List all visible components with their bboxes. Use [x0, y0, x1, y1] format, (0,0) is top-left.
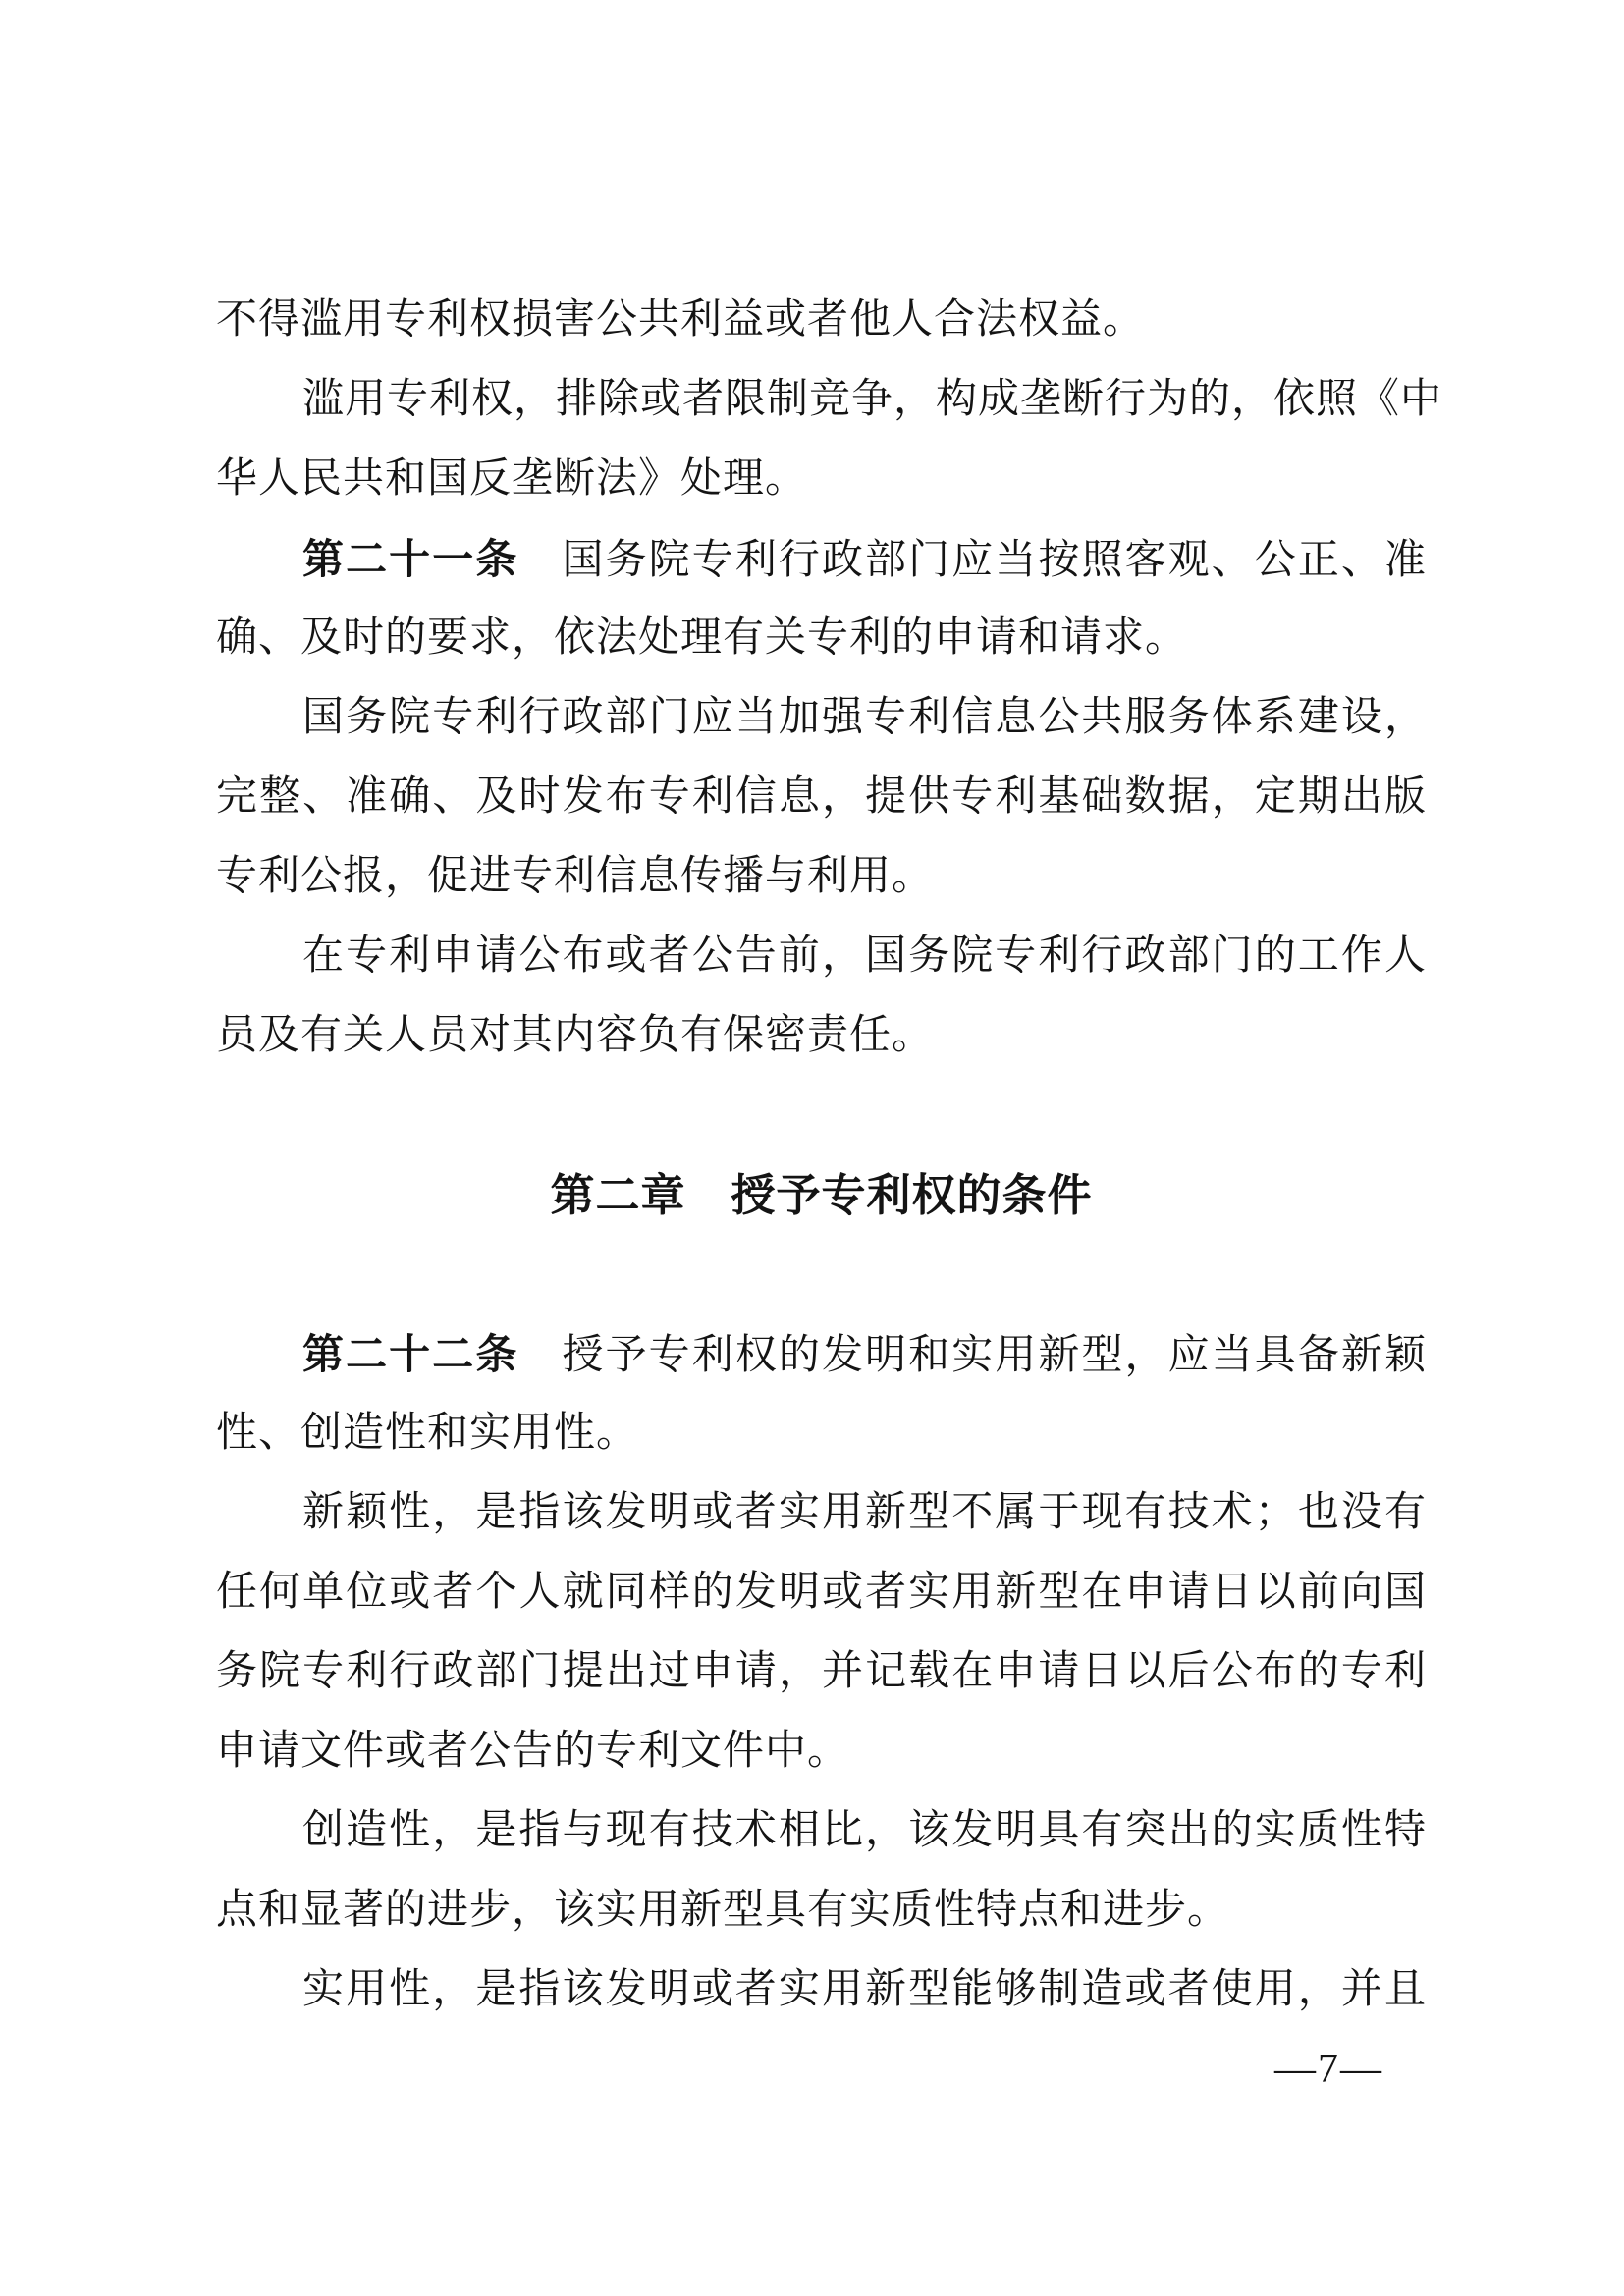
article-number: 第二十一条 [302, 536, 518, 582]
page-number: —7— [216, 2030, 1427, 2109]
text-line: 专利公报，促进专利信息传播与利用。 [216, 837, 1427, 917]
document-page: 不得滥用专利权损害公共利益或者他人合法权益。滥用专利权，排除或者限制竞争，构成垄… [0, 0, 1624, 2296]
text-line: 确、及时的要求，依法处理有关专利的申请和请求。 [216, 599, 1427, 678]
text-line: 在专利申请公布或者公告前，国务院专利行政部门的工作人 [216, 917, 1427, 996]
text-line: 第二十二条 授予专利权的发明和实用新型，应当具备新颖 [216, 1314, 1427, 1394]
text-line: 完整、准确、及时发布专利信息，提供专利基础数据，定期出版 [216, 758, 1427, 837]
article-number: 第二十二条 [302, 1331, 518, 1377]
text-line: 不得滥用专利权损害公共利益或者他人合法权益。 [216, 281, 1427, 360]
text-line: 创造性，是指与现有技术相比，该发明具有突出的实质性特 [216, 1791, 1427, 1871]
text-line: 华人民共和国反垄断法》处理。 [216, 440, 1427, 519]
text-line: 点和显著的进步，该实用新型具有实质性特点和进步。 [216, 1871, 1427, 1950]
text-line: 申请文件或者公告的专利文件中。 [216, 1712, 1427, 1791]
text-line: 性、创造性和实用性。 [216, 1394, 1427, 1473]
line-spacer [216, 1076, 1427, 1155]
text-line: 员及有关人员对其内容负有保密责任。 [216, 996, 1427, 1076]
line-spacer [216, 1235, 1427, 1314]
text-line: 滥用专利权，排除或者限制竞争，构成垄断行为的，依照《中 [216, 360, 1427, 440]
text-line: 务院专利行政部门提出过申请，并记载在申请日以后公布的专利 [216, 1632, 1427, 1712]
document-body: 不得滥用专利权损害公共利益或者他人合法权益。滥用专利权，排除或者限制竞争，构成垄… [216, 281, 1427, 2030]
text-line: 第二十一条 国务院专利行政部门应当按照客观、公正、准 [216, 519, 1427, 599]
text-line: 新颖性，是指该发明或者实用新型不属于现有技术；也没有 [216, 1473, 1427, 1553]
text-line: 任何单位或者个人就同样的发明或者实用新型在申请日以前向国 [216, 1553, 1427, 1632]
chapter-heading: 第二章 授予专利权的条件 [216, 1155, 1427, 1235]
text-line: 实用性，是指该发明或者实用新型能够制造或者使用，并且 [216, 1950, 1427, 2030]
text-line: 国务院专利行政部门应当加强专利信息公共服务体系建设， [216, 678, 1427, 758]
